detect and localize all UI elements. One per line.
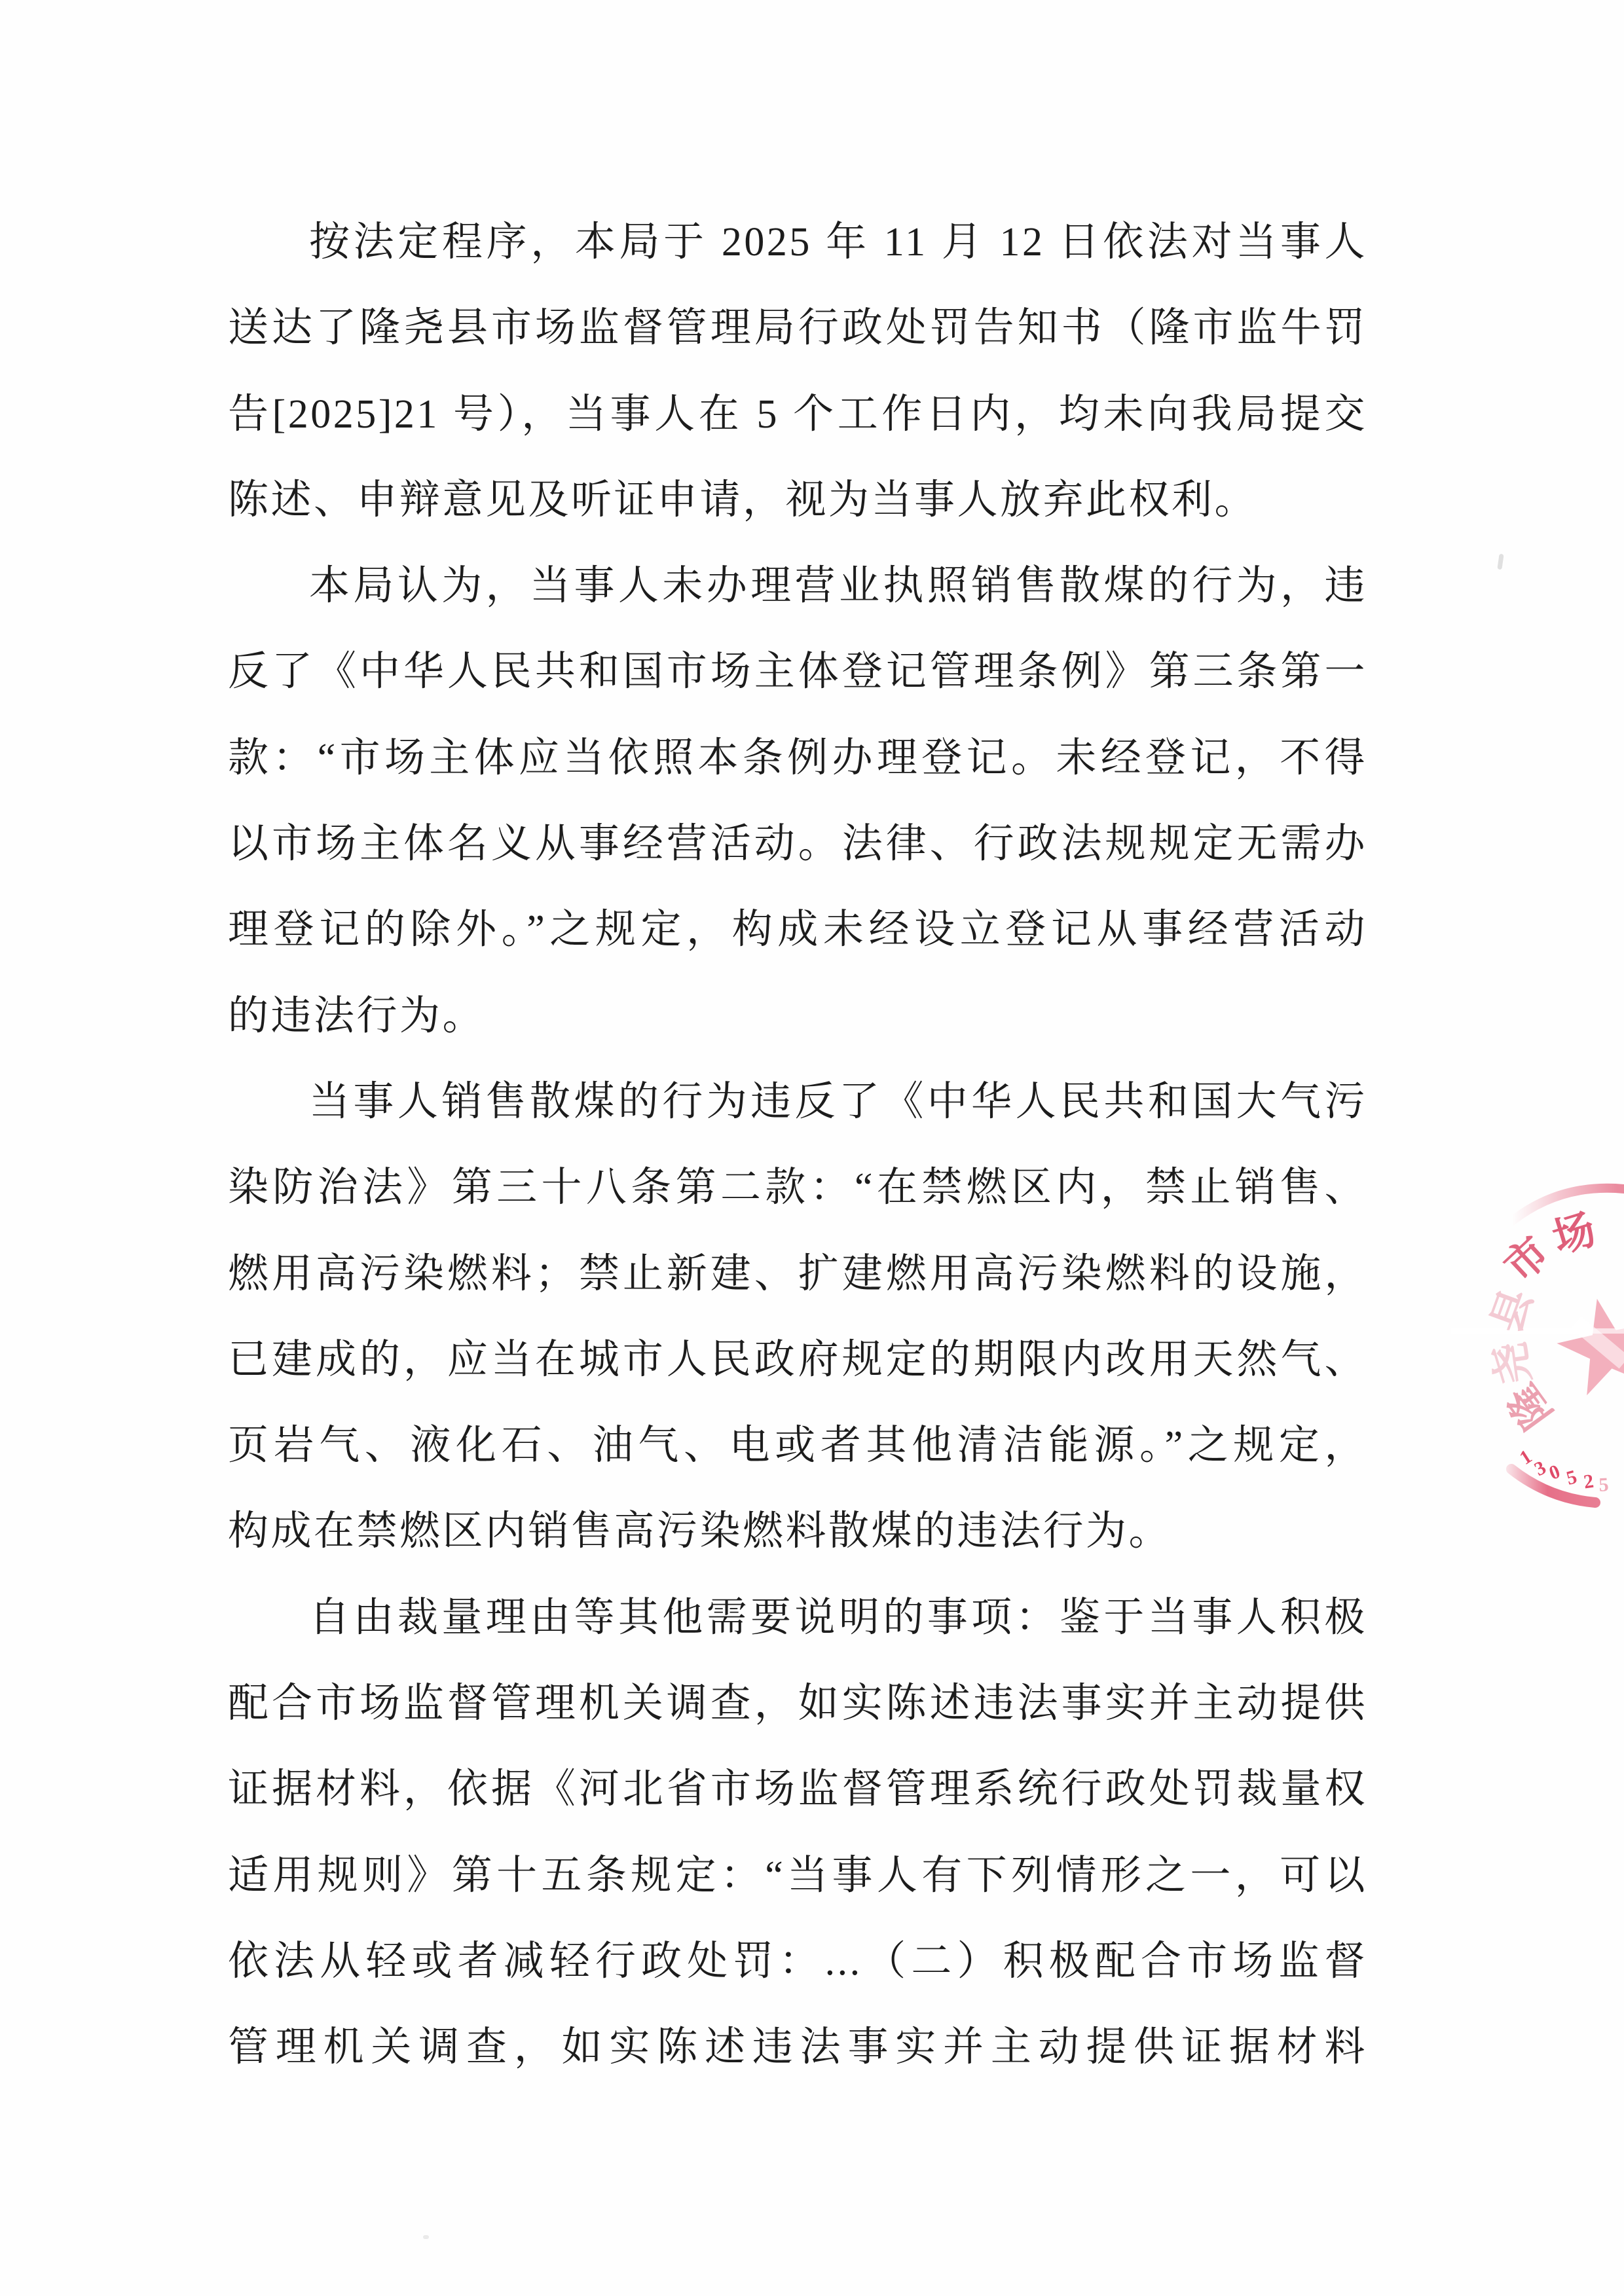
body-line: 构成在禁燃区内销售高污染燃料散煤的违法行为。	[228, 1489, 1367, 1575]
body-line: 证据材料，依据《河北省市场监督管理系统行政处罚裁量权	[228, 1747, 1367, 1832]
body-line: 陈述、申辩意见及听证申请，视为当事人放弃此权利。	[228, 458, 1367, 543]
body-line: 当事人销售散煤的行为违反了《中华人民共和国大气污	[228, 1059, 1367, 1145]
seal-char: 市	[1496, 1228, 1558, 1291]
body-line: 自由裁量理由等其他需要说明的事项：鉴于当事人积极	[228, 1575, 1367, 1661]
body-line: 配合市场监督管理机关调查，如实陈述违法事实并主动提供	[228, 1661, 1367, 1747]
seal-code-digit: 5	[1564, 1466, 1579, 1489]
body-line: 页岩气、液化石、油气、电或者其他清洁能源。”之规定，	[228, 1403, 1367, 1489]
seal-code-digit: 0	[1546, 1461, 1563, 1484]
body-line: 依法从轻或者减轻行政处罚：...（二）积极配合市场监督	[228, 1919, 1367, 2005]
scan-white-band	[1451, 1328, 1624, 1334]
body-line: 按法定程序，本局于 2025 年 11 月 12 日依法对当事人	[228, 200, 1367, 285]
body-line: 理登记的除外。”之规定，构成未经设立登记从事经营活动	[228, 887, 1367, 973]
body-line: 款：“市场主体应当依照本条例办理登记。未经登记，不得	[228, 716, 1367, 801]
scan-speck	[423, 2235, 429, 2239]
body-line: 已建成的，应当在城市人民政府规定的期限内改用天然气、	[228, 1317, 1367, 1403]
body-line: 染防治法》第三十八条第二款：“在禁燃区内，禁止销售、	[228, 1145, 1367, 1231]
official-seal-stamp: 场 市 县 尧 隆 1 3 0 5 2 5	[1451, 1165, 1624, 1519]
body-line: 反了《中华人民共和国市场主体登记管理条例》第三条第一	[228, 629, 1367, 715]
scan-speck	[1497, 554, 1504, 570]
body-line: 送达了隆尧县市场监督管理局行政处罚告知书（隆市监牛罚	[228, 285, 1367, 371]
body-line: 的违法行为。	[228, 974, 1367, 1059]
document-body-text: 按法定程序，本局于 2025 年 11 月 12 日依法对当事人 送达了隆尧县市…	[228, 200, 1367, 2091]
body-line: 本局认为，当事人未办理营业执照销售散煤的行为，违	[228, 543, 1367, 629]
body-line: 告[2025]21 号），当事人在 5 个工作日内，均未向我局提交	[228, 372, 1367, 458]
seal-code-digit: 2	[1582, 1470, 1595, 1493]
seal-char: 场	[1547, 1206, 1601, 1263]
seal-code-digit: 3	[1531, 1457, 1549, 1480]
body-line: 燃用高污染燃料；禁止新建、扩建燃用高污染燃料的设施，	[228, 1231, 1367, 1317]
scanned-document-page: 按法定程序，本局于 2025 年 11 月 12 日依法对当事人 送达了隆尧县市…	[0, 0, 1624, 2296]
seal-code-digit-partial: 5	[1598, 1474, 1610, 1496]
body-line: 管理机关调查，如实陈述违法事实并主动提供证据材料	[228, 2005, 1367, 2090]
body-line: 适用规则》第十五条规定：“当事人有下列情形之一，可以	[228, 1833, 1367, 1919]
scan-speck	[1201, 930, 1205, 934]
body-line: 以市场主体名义从事经营活动。法律、行政法规规定无需办	[228, 801, 1367, 887]
